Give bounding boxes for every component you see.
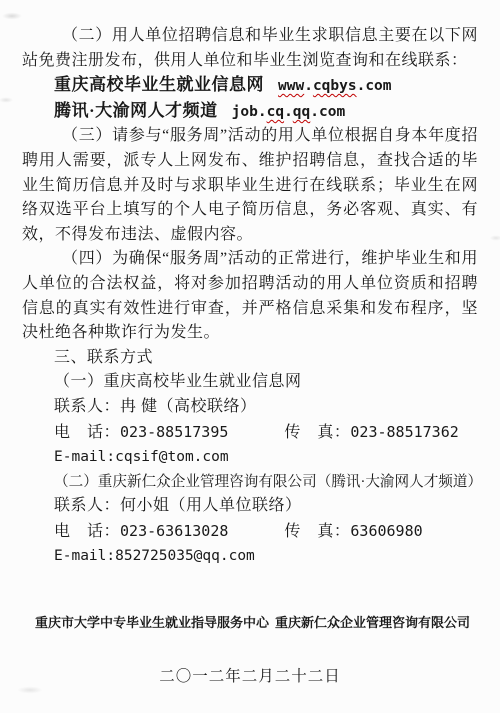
website-2-name: 腾讯·大渝网人才频道: [54, 101, 218, 120]
contact-2-person: 联系人：何小姐（用人单位联络）: [54, 494, 478, 519]
paragraph-4: （四）为确保“服务周”活动的正常进行，维护毕业生和用人单位的合法权益，将对参加招…: [22, 247, 478, 345]
document-page: （二）用人单位招聘信息和毕业生求职信息主要在以下网站免费注册发布，供用人单位和毕…: [0, 0, 500, 713]
url-segment-www: www: [278, 78, 304, 94]
contact-1-person: 联系人：冉 健（高校联络）: [54, 395, 478, 420]
website-1-name: 重庆高校毕业生就业信息网: [54, 75, 264, 94]
signature-org-left: 重庆市大学中专毕业生就业指导服务中心: [35, 614, 269, 632]
contact-1-email: E-mail:cqsif@tom.com: [54, 445, 478, 470]
signature-line: 重庆市大学中专毕业生就业指导服务中心 重庆新仁众企业管理咨询有限公司: [22, 614, 478, 632]
url-segment-prefix: job.: [232, 104, 267, 120]
url-segment-dot: .: [284, 104, 293, 120]
contact-2-heading: （二）重庆新仁众企业管理咨询有限公司（腾讯·大渝网人才频道）: [54, 470, 478, 495]
website-line-1: 重庆高校毕业生就业信息网www.cqbys.com: [54, 73, 478, 99]
url-segment-tld: .com: [310, 104, 345, 120]
signature-org-right: 重庆新仁众企业管理咨询有限公司: [275, 614, 470, 632]
website-line-2: 腾讯·大渝网人才频道job.cq.qq.com: [54, 99, 478, 125]
url-segment-cq: cq: [267, 104, 284, 120]
fax-label: 传 真：: [284, 523, 350, 540]
url-segment-tld: .com: [357, 78, 392, 94]
section-3-heading: 三、联系方式: [54, 346, 478, 371]
paragraph-2: （二）用人单位招聘信息和毕业生求职信息主要在以下网站免费注册发布，供用人单位和毕…: [22, 24, 478, 73]
fax-number: 63606980: [350, 522, 422, 540]
phone-label: 电 话：: [54, 523, 120, 540]
fax-label: 传 真：: [284, 424, 350, 441]
phone-number: 023-88517395: [120, 423, 228, 441]
phone-number: 023-63613028: [120, 522, 228, 540]
paragraph-3: （三）请参与“服务周”活动的用人单位根据自身本年度招聘用人需要，派专人上网发布、…: [22, 124, 478, 247]
contact-2-phone-fax-line: 电 话：023-63613028传 真：63606980: [54, 519, 478, 545]
contact-1-heading: （一）重庆高校毕业生就业信息网: [54, 370, 478, 395]
url-segment-qq: qq: [293, 104, 310, 120]
contact-1-phone-fax-line: 电 话：023-88517395传 真：023-88517362: [54, 420, 478, 446]
contact-2-email: E-mail:852725035@qq.com: [54, 544, 478, 569]
fax-number: 023-88517362: [350, 423, 458, 441]
url-segment-domain: cqbys: [313, 78, 357, 94]
website-1-url: www.cqbys.com: [278, 78, 392, 94]
url-segment-dot: .: [304, 78, 313, 94]
website-2-url: job.cq.qq.com: [232, 104, 346, 120]
phone-label: 电 话：: [54, 424, 120, 441]
document-date: 二〇一二年二月二十二日: [22, 668, 478, 686]
